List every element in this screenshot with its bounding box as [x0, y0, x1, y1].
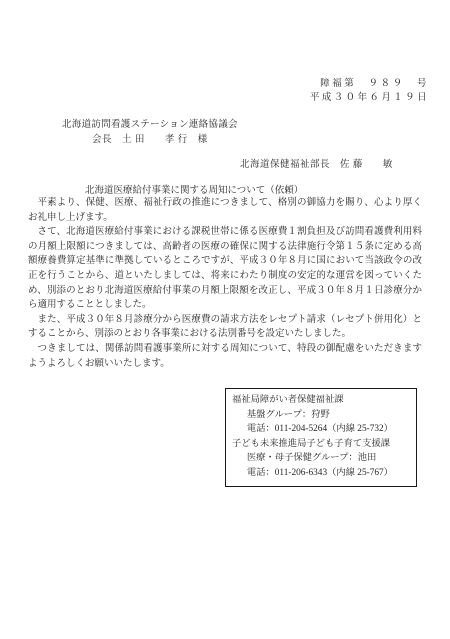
body-paragraph: さて、北海道医療給付事業における課税世帯に係る医療費１割負担及び訪問看護費利用料…	[28, 225, 422, 313]
body-paragraph: また、平成３０年８月診療分から医療費の請求方法をレセプト請求（レセプト併用化）と…	[28, 313, 422, 342]
document-meta: 障福第 ９８９ 号 平成３０年６月１９日	[310, 77, 429, 105]
document-page: 障福第 ９８９ 号 平成３０年６月１９日 北海道訪問看護ステーション連絡協議会 …	[0, 0, 450, 639]
contact-group: 基盤グループ：狩野	[232, 408, 411, 423]
body-text: 平素より、保健、医療、福祉行政の推進につきまして、格別の御協力を賜り、心より厚く…	[28, 196, 422, 371]
contact-department: 福祉局障がい者保健福祉課	[232, 393, 411, 408]
addressee-organization: 北海道訪問看護ステーション連絡協議会	[62, 116, 238, 130]
contact-phone: 電話：011-206-6343（内線 25-767）	[232, 466, 411, 481]
doc-number: 障福第 ９８９ 号	[310, 77, 429, 91]
addressee-person: 会長 土 田 孝 行 様	[92, 131, 208, 145]
contact-box: 福祉局障がい者保健福祉課 基盤グループ：狩野 電話：011-204-5264（内…	[225, 388, 417, 487]
contact-phone: 電話：011-204-5264（内線 25-732）	[232, 422, 411, 437]
subject-title: 北海道医療給付事業に関する周知について（依頼）	[85, 182, 303, 196]
sender-line: 北海道保健福祉部長 佐 藤 敏	[240, 156, 393, 170]
contact-department: 子ども未来推進局子ども子育て支援課	[232, 437, 411, 452]
body-paragraph: 平素より、保健、医療、福祉行政の推進につきまして、格別の御協力を賜り、心より厚く…	[28, 196, 422, 225]
body-paragraph: つきましては、関係訪問看護事業所に対する周知について、特段の御配慮をいただきます…	[28, 342, 422, 371]
doc-date: 平成３０年６月１９日	[310, 91, 429, 105]
contact-group: 医療・母子保健グループ：池田	[232, 451, 411, 466]
